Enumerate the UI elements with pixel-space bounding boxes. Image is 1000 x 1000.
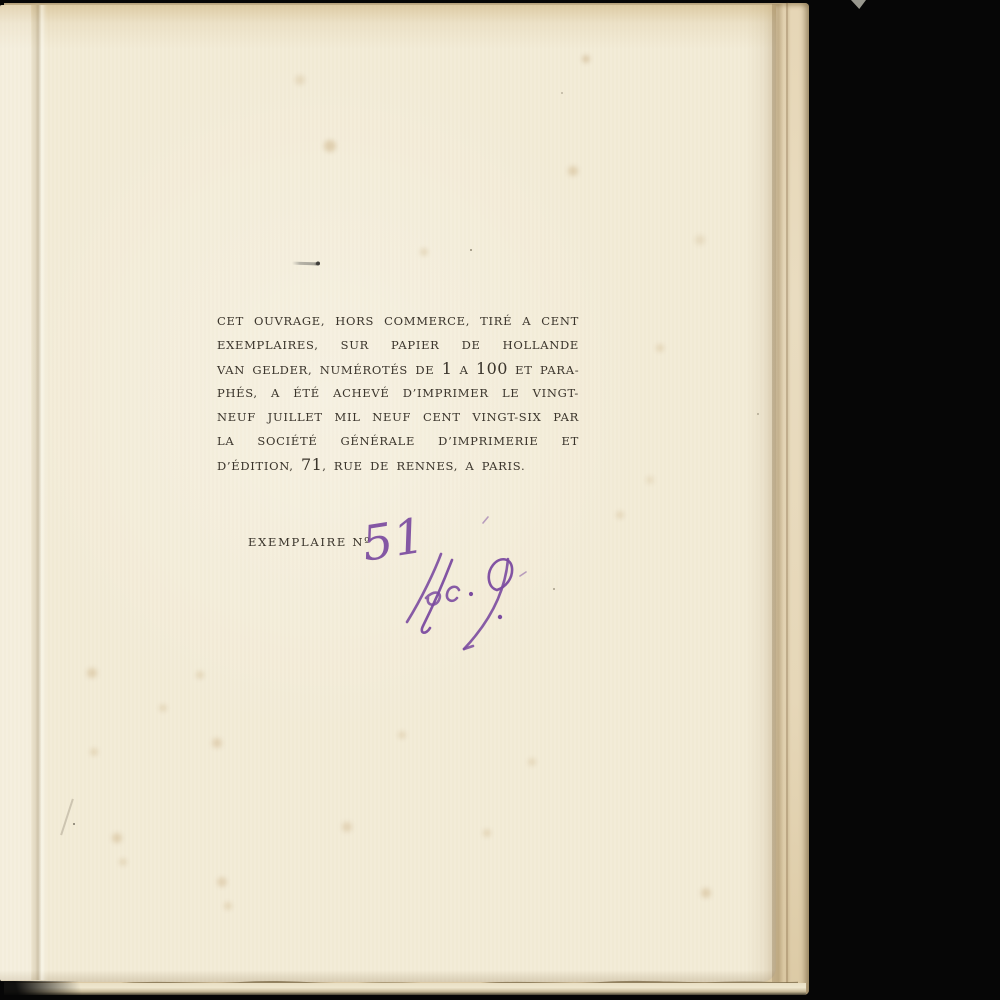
gutter-margin bbox=[0, 5, 31, 980]
colophon-line-3: VAN GELDER, NUMÉROTÉS DE 1 A 100 ET PARA… bbox=[217, 357, 579, 381]
colophon-line-7: D’ÉDITION, 71, RUE DE RENNES, A PARIS. bbox=[217, 453, 579, 477]
copy-number: 51 bbox=[358, 508, 429, 573]
top-edge-notch bbox=[851, 0, 866, 9]
bottom-left-shadow bbox=[0, 981, 135, 1000]
colophon-line-4: PHÉS, A ÉTÉ ACHEVÉ D’IMPRIMER LE VINGT- bbox=[217, 381, 579, 405]
colophon-text: CET OUVRAGE, HORS COMMERCE, TIRÉ A CENT … bbox=[217, 309, 579, 477]
colophon-line-1: CET OUVRAGE, HORS COMMERCE, TIRÉ A CENT bbox=[217, 309, 579, 333]
numeral: 1 bbox=[442, 359, 453, 378]
colophon-line-2: EXEMPLAIRES, SUR PAPIER DE HOLLANDE bbox=[217, 333, 579, 357]
colophon-line-6: LA SOCIÉTÉ GÉNÉRALE D’IMPRIMERIE ET bbox=[217, 429, 579, 453]
right-page-fold bbox=[772, 4, 788, 982]
gutter-crease-line bbox=[30, 5, 47, 980]
handwritten-annotations: 51 bbox=[338, 494, 578, 684]
ink-specks bbox=[0, 0, 2, 2]
colophon-line-5: NEUF JUILLET MIL NEUF CENT VINGT-SIX PAR bbox=[217, 405, 579, 429]
numeral: 100 bbox=[476, 359, 508, 378]
book-photograph: CET OUVRAGE, HORS COMMERCE, TIRÉ A CENT … bbox=[0, 0, 1000, 1000]
numeral: 71 bbox=[301, 455, 322, 474]
